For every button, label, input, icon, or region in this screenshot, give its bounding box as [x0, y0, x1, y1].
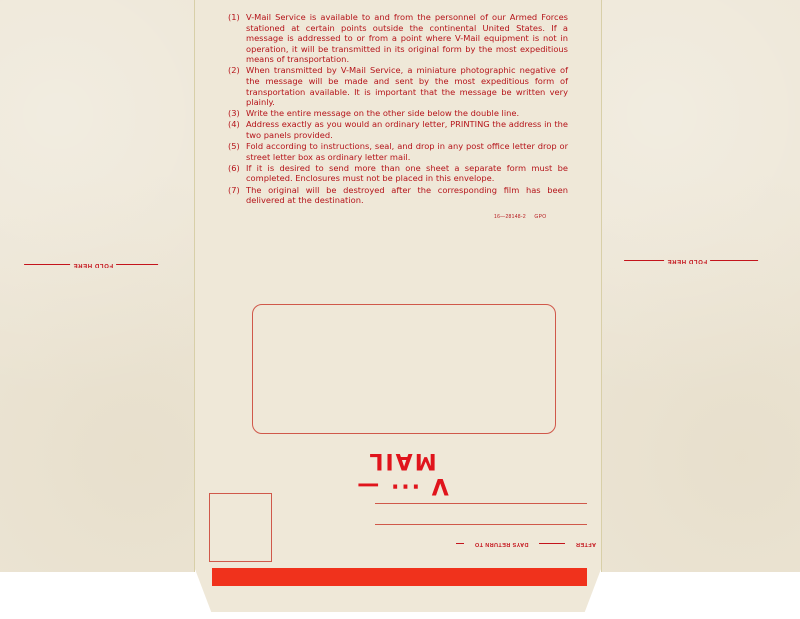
- instruction-item: (1) V-Mail Service is available to and f…: [228, 12, 568, 65]
- address-window: [252, 304, 556, 434]
- instruction-item: (4) Address exactly as you would an ordi…: [228, 119, 568, 140]
- form-code: 16—28148-2 GPO: [494, 214, 546, 220]
- fold-line: [24, 265, 70, 266]
- instruction-item: (6) If it is desired to send more than o…: [228, 163, 568, 184]
- red-band: [212, 568, 587, 586]
- instruction-item: (3) Write the entire message on the othe…: [228, 108, 568, 119]
- return-blank: [456, 544, 464, 545]
- left-fold-panel: [0, 0, 195, 572]
- days-blank: [539, 544, 565, 545]
- printer-mark: GPO: [534, 214, 546, 220]
- instruction-item: (2) When transmitted by V-Mail Service, …: [228, 65, 568, 107]
- instructions-list: (1) V-Mail Service is available to and f…: [228, 12, 568, 206]
- fold-line: [624, 261, 664, 262]
- fold-here-right: FOLD HERE: [624, 258, 758, 264]
- instruction-item: (5) Fold according to instructions, seal…: [228, 141, 568, 162]
- fold-here-left: FOLD HERE: [24, 262, 158, 268]
- instruction-item: (7) The original will be destroyed after…: [228, 185, 568, 206]
- address-line: [375, 524, 587, 525]
- return-instruction: AFTER DAYS RETURN TO: [452, 541, 596, 547]
- stamp-box: [209, 493, 272, 562]
- vmail-title: V ··· — MAIL: [322, 448, 482, 498]
- fold-line: [710, 261, 758, 262]
- address-line: [375, 503, 587, 504]
- right-fold-panel: [601, 0, 800, 572]
- fold-line: [116, 265, 158, 266]
